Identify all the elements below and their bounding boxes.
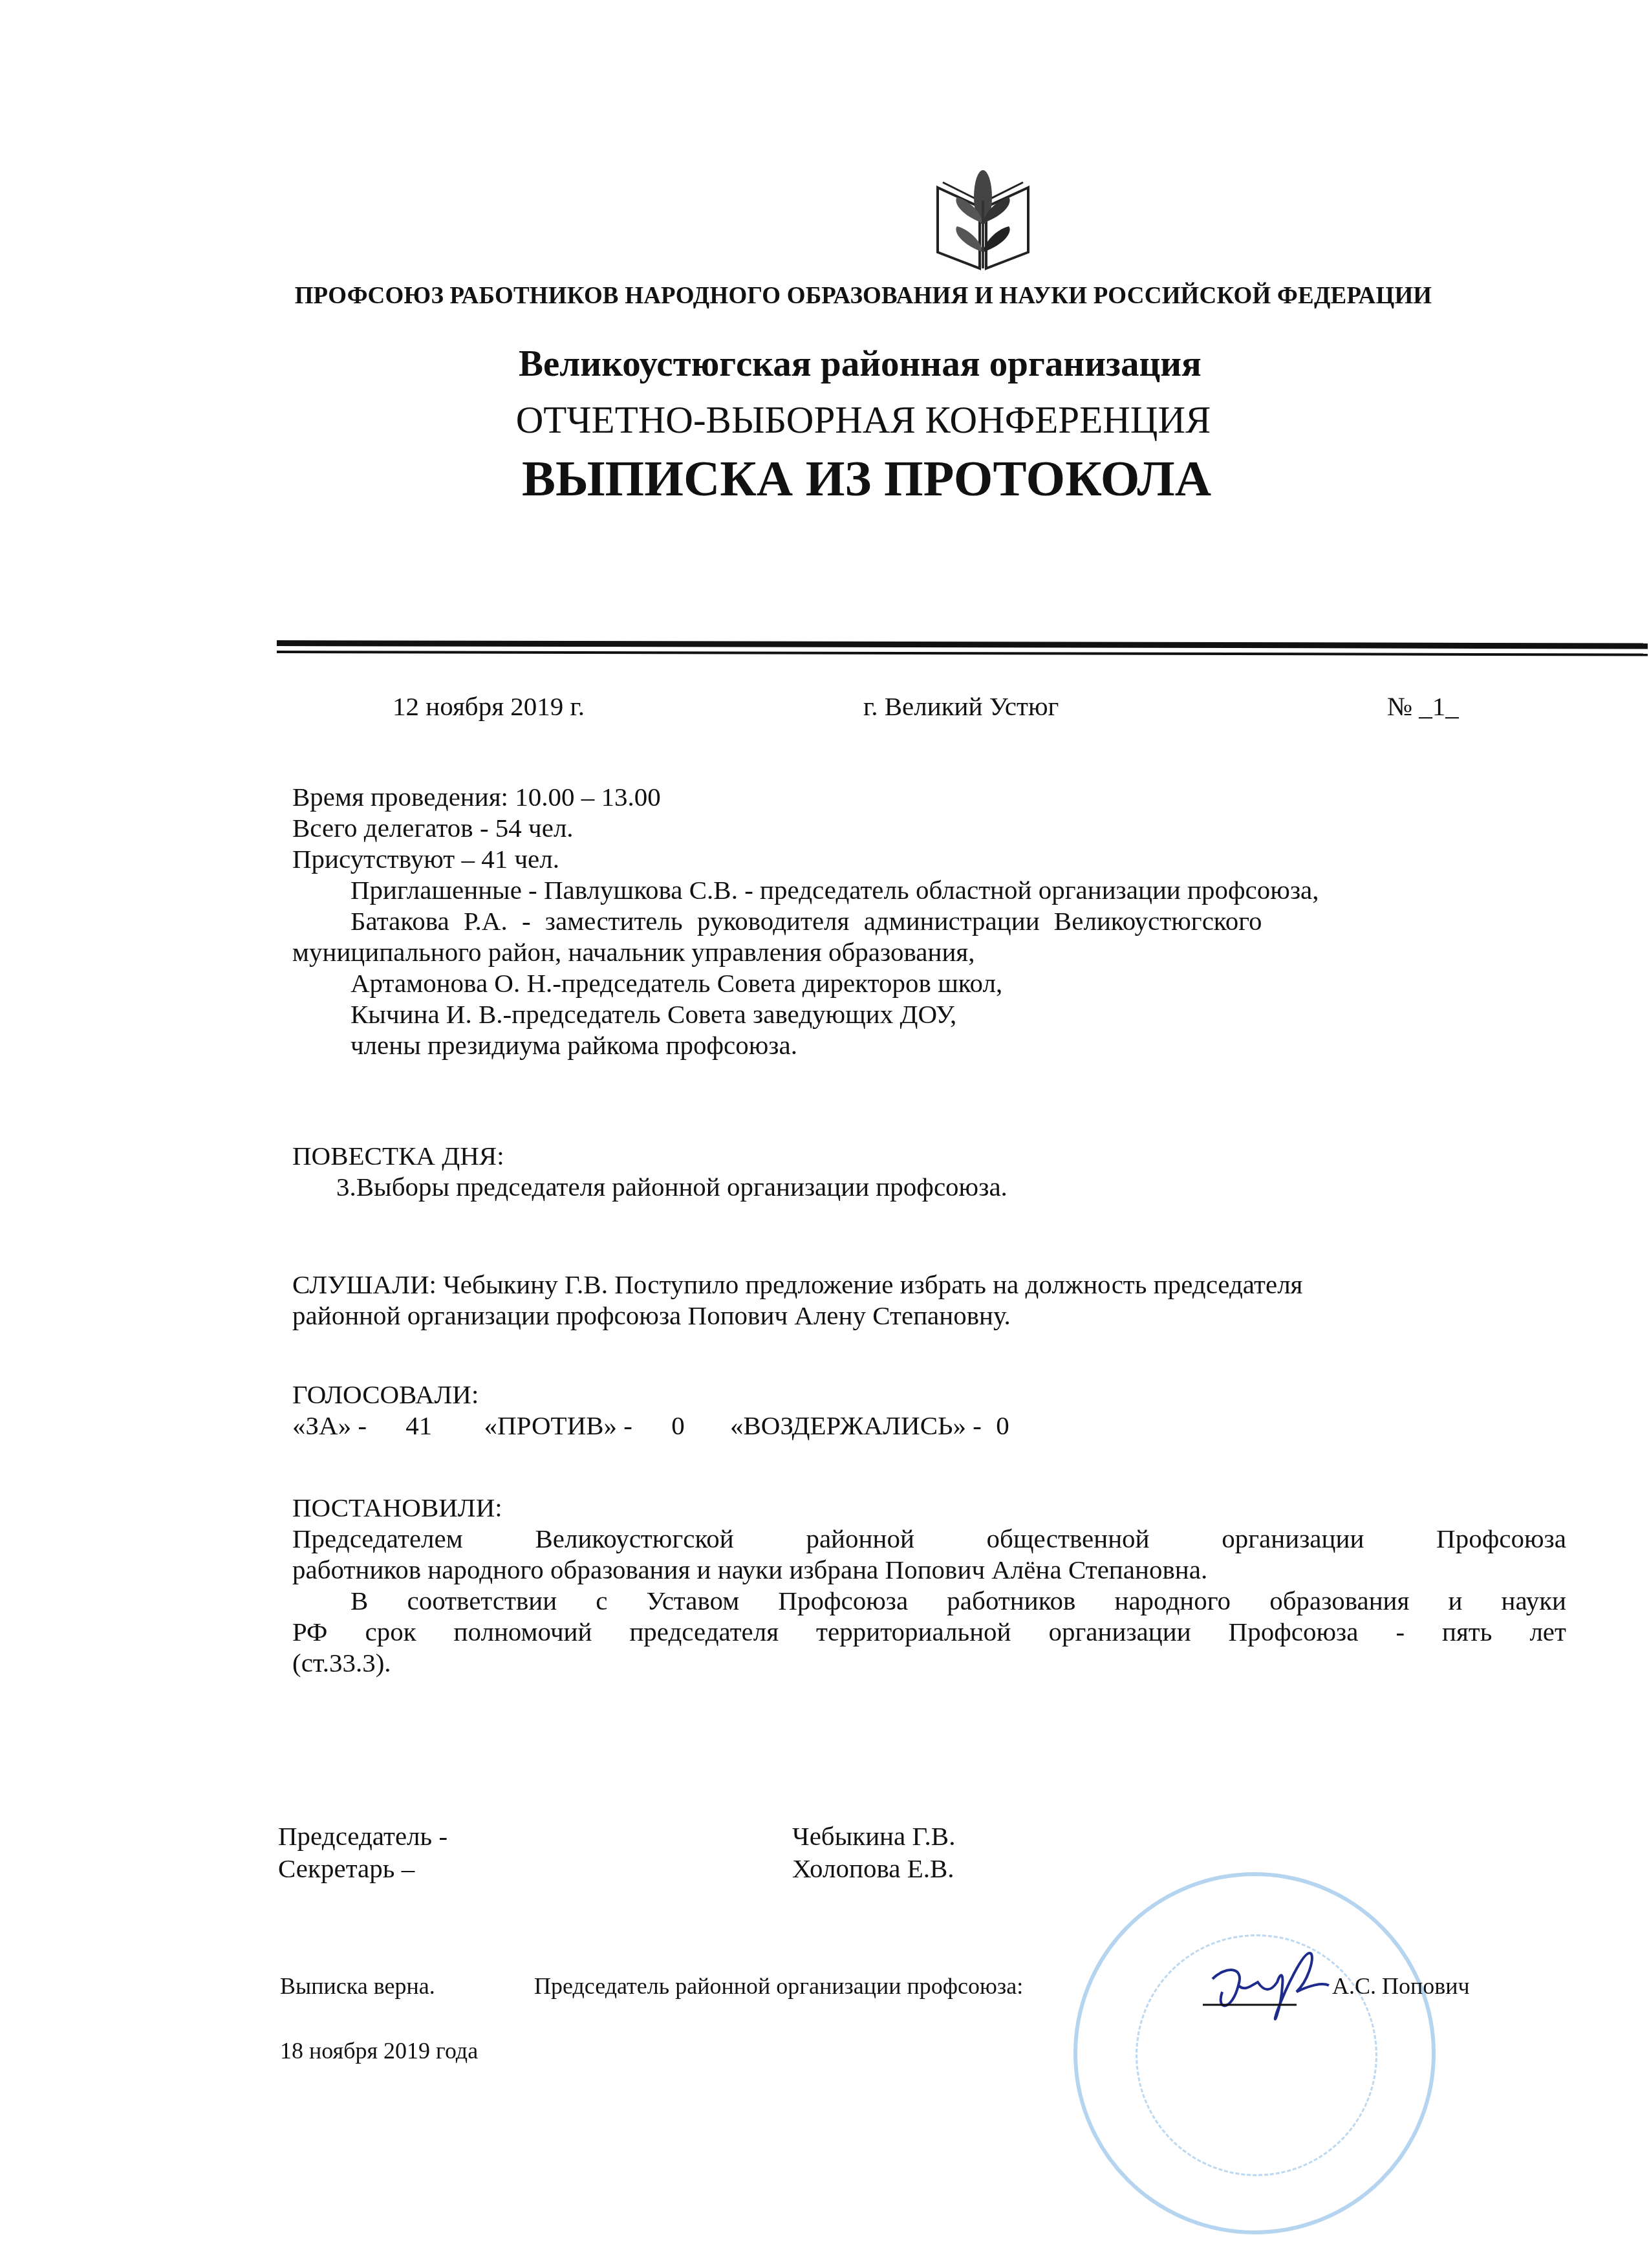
agenda-item: 3.Выборы председателя районной организац… — [292, 1171, 1566, 1202]
vote-against-label: «ПРОТИВ» - — [484, 1410, 632, 1441]
organization-title: Великоустюгская районная организация — [0, 343, 1649, 385]
round-stamp-icon — [1073, 1872, 1436, 2234]
resolution-line: В соответствии с Уставом Профсоюза работ… — [292, 1585, 1566, 1616]
secretary-label: Секретарь – — [278, 1853, 415, 1884]
resolution-line: работников народного образования и науки… — [292, 1554, 1566, 1585]
resolution-line: Председателем Великоустюгской районной о… — [292, 1523, 1566, 1554]
total-delegates: Всего делегатов - 54 чел. — [292, 812, 1566, 843]
voting-heading: ГОЛОСОВАЛИ: — [292, 1379, 1566, 1410]
invited-line: Батакова Р.А. - заместитель руководителя… — [292, 905, 1566, 936]
invited-line: муниципального район, начальник управлен… — [292, 936, 1566, 967]
resolution-line: (ст.33.3). — [292, 1647, 1566, 1678]
certifying-chair-title: Председатель районной организации профсо… — [534, 1972, 1023, 2000]
voting-results: «ЗА» - 41 «ПРОТИВ» - 0 «ВОЗДЕРЖАЛИСЬ» - … — [292, 1410, 1566, 1441]
invited-line: Артамонова О. Н.-председатель Совета дир… — [292, 967, 1566, 999]
protocol-number: № _1_ — [1387, 691, 1459, 722]
document-title: ВЫПИСКА ИЗ ПРОТОКОЛА — [0, 449, 1649, 508]
heard-section: СЛУШАЛИ: Чебыкину Г.В. Поступило предлож… — [292, 1269, 1566, 1331]
vote-for-value: 41 — [405, 1410, 432, 1441]
chair-name: Чебыкина Г.В. — [792, 1820, 955, 1852]
vote-against-value: 0 — [671, 1410, 685, 1441]
certifying-signer: А.С. Попович — [1332, 1972, 1470, 2000]
header-divider-thick — [277, 640, 1648, 649]
vote-abstained-label: «ВОЗДЕРЖАЛИСЬ» - — [730, 1410, 982, 1441]
invited-line: члены президиума райкома профсоюза. — [292, 1030, 1566, 1061]
present-count: Присутствуют – 41 чел. — [292, 843, 1566, 874]
invited-line: Приглашенные - Павлушкова С.В. - председ… — [292, 874, 1566, 905]
certification-date: 18 ноября 2019 года — [280, 2037, 478, 2064]
extract-verified: Выписка верна. — [280, 1972, 435, 2000]
meeting-time: Время проведения: 10.00 – 13.00 — [292, 781, 1566, 812]
vote-abstained-value: 0 — [996, 1410, 1009, 1441]
resolution-section: ПОСТАНОВИЛИ: Председателем Великоустюгск… — [292, 1492, 1566, 1678]
union-emblem-icon — [931, 162, 1035, 272]
protocol-date: 12 ноября 2019 г. — [393, 691, 585, 722]
secretary-name: Холопова Е.В. — [792, 1853, 954, 1884]
agenda-heading: ПОВЕСТКА ДНЯ: — [292, 1140, 1566, 1171]
header-divider-thin — [277, 651, 1648, 656]
conference-title: ОТЧЕТНО-ВЫБОРНАЯ КОНФЕРЕНЦИЯ — [0, 398, 1649, 442]
attendance-section: Время проведения: 10.00 – 13.00 Всего де… — [292, 781, 1566, 1061]
heard-line: СЛУШАЛИ: Чебыкину Г.В. Поступило предлож… — [292, 1269, 1566, 1300]
invited-line: Кычина И. В.-председатель Совета заведую… — [292, 999, 1566, 1030]
heard-line: районной организации профсоюза Попович А… — [292, 1300, 1566, 1331]
resolution-heading: ПОСТАНОВИЛИ: — [292, 1492, 1566, 1523]
chair-label: Председатель - — [278, 1820, 447, 1852]
handwritten-signature-icon — [1200, 1947, 1342, 2024]
agenda-section: ПОВЕСТКА ДНЯ: 3.Выборы председателя райо… — [292, 1140, 1566, 1202]
voting-section: ГОЛОСОВАЛИ: «ЗА» - 41 «ПРОТИВ» - 0 «ВОЗД… — [292, 1379, 1566, 1441]
resolution-line: РФ срок полномочий председателя территор… — [292, 1616, 1566, 1647]
vote-for-label: «ЗА» - — [292, 1410, 367, 1441]
protocol-city: г. Великий Устюг — [863, 691, 1059, 722]
union-name: ПРОФСОЮЗ РАБОТНИКОВ НАРОДНОГО ОБРАЗОВАНИ… — [0, 282, 1649, 310]
